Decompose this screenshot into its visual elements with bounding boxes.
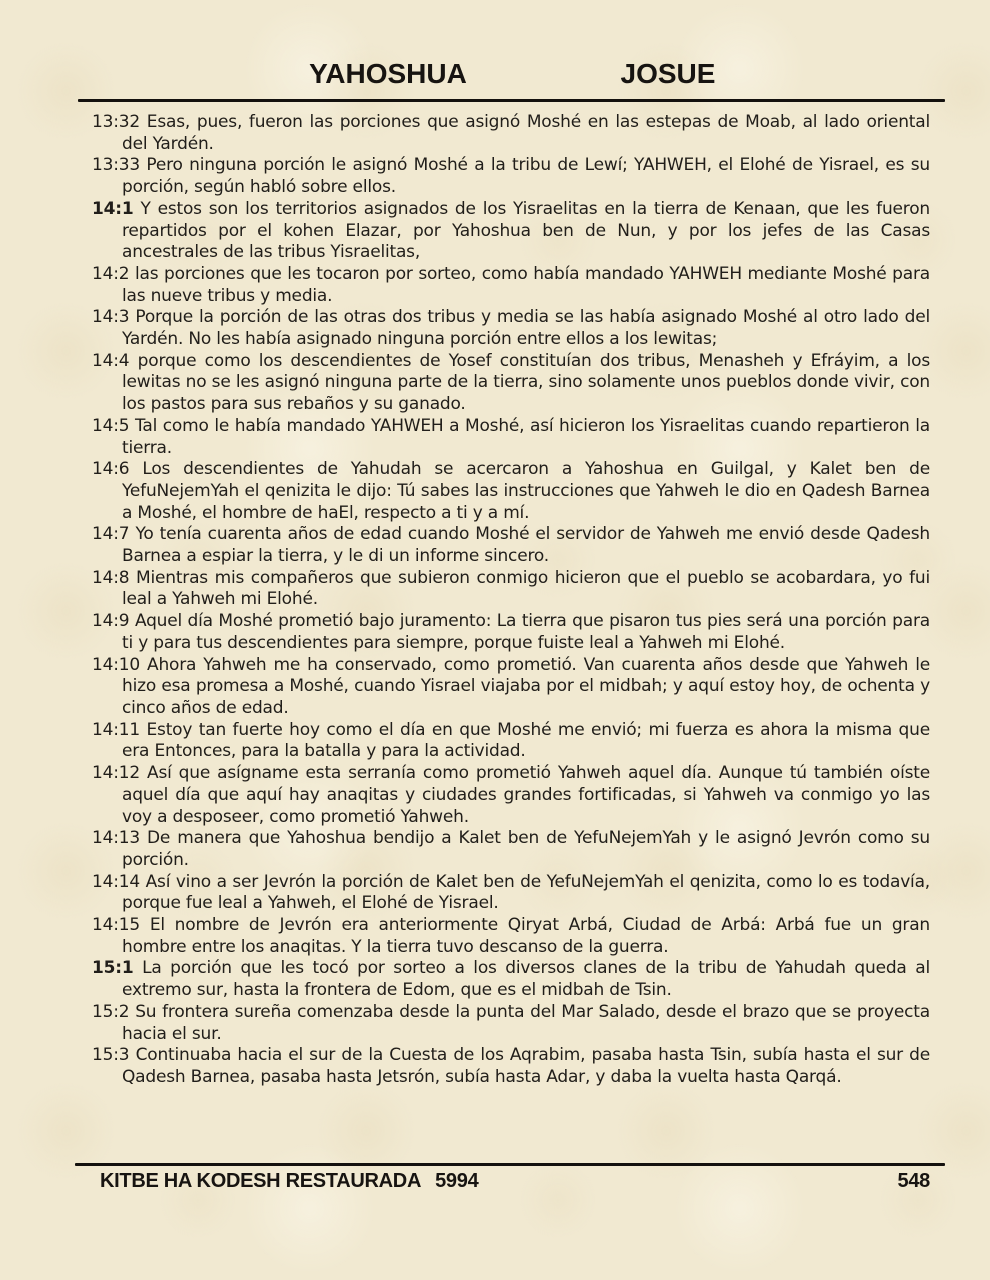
verse-13-33: 13:33 Pero ninguna porción le asignó Mos… xyxy=(92,155,930,198)
verse-text: Pero ninguna porción le asignó Moshé a l… xyxy=(122,155,930,197)
verse-text: Continuaba hacia el sur de la Cuesta de … xyxy=(122,1045,930,1087)
verse-ref: 14:1 xyxy=(92,199,133,219)
verse-ref: 14:7 xyxy=(92,524,129,544)
verse-ref: 14:11 xyxy=(92,720,140,740)
footer-rule xyxy=(75,1163,945,1166)
verse-ref: 14:12 xyxy=(92,763,140,783)
verse-text: porque como los descendientes de Yosef c… xyxy=(122,351,930,414)
verse-14-14: 14:14 Así vino a ser Jevrón la porción d… xyxy=(92,872,930,915)
running-head-hebrew-title: YAHOSHUA xyxy=(309,58,467,90)
verse-15-1: 15:1 La porción que les tocó por sorteo … xyxy=(92,958,930,1001)
verse-ref: 13:33 xyxy=(92,155,140,175)
verse-text: La porción que les tocó por sorteo a los… xyxy=(122,958,930,1000)
verse-14-5: 14:5 Tal como le había mandado YAHWEH a … xyxy=(92,416,930,459)
verse-14-13: 14:13 De manera que Yahoshua bendijo a K… xyxy=(92,828,930,871)
verse-ref: 14:9 xyxy=(92,611,129,631)
verse-13-32: 13:32 Esas, pues, fueron las porciones q… xyxy=(92,112,930,155)
verse-ref: 14:10 xyxy=(92,655,140,675)
verse-text: El nombre de Jevrón era anteriormente Qi… xyxy=(122,915,930,957)
verse-text: Su frontera sureña comenzaba desde la pu… xyxy=(122,1002,930,1044)
verse-list: 13:32 Esas, pues, fueron las porciones q… xyxy=(92,112,930,1089)
verse-text: Porque la porción de las otras dos tribu… xyxy=(122,307,930,349)
footer-title-text: KITBE HA KODESH RESTAURADA xyxy=(100,1170,421,1193)
verse-ref: 13:32 xyxy=(92,112,140,132)
verse-text: Tal como le había mandado YAHWEH a Moshé… xyxy=(122,416,930,458)
footer-book-title: KITBE HA KODESH RESTAURADA 5994 xyxy=(100,1170,478,1193)
verse-ref: 14:6 xyxy=(92,459,129,479)
verse-ref: 15:2 xyxy=(92,1002,129,1022)
scanned-book-page: YAHOSHUA JOSUE 13:32 Esas, pues, fueron … xyxy=(0,0,990,1280)
verse-text: Así vino a ser Jevrón la porción de Kale… xyxy=(122,872,930,914)
verse-14-2: 14:2 las porciones que les tocaron por s… xyxy=(92,264,930,307)
verse-ref: 14:13 xyxy=(92,828,140,848)
verse-ref: 15:1 xyxy=(92,958,133,978)
verse-14-10: 14:10 Ahora Yahweh me ha conservado, com… xyxy=(92,655,930,720)
verse-text: Y estos son los territorios asignados de… xyxy=(122,199,930,262)
verse-14-8: 14:8 Mientras mis compañeros que subiero… xyxy=(92,568,930,611)
verse-ref: 14:4 xyxy=(92,351,129,371)
verse-text: De manera que Yahoshua bendijo a Kalet b… xyxy=(122,828,930,870)
verse-ref: 14:3 xyxy=(92,307,129,327)
verse-ref: 14:5 xyxy=(92,416,129,436)
verse-14-1: 14:1 Y estos son los territorios asignad… xyxy=(92,199,930,264)
verse-text: las porciones que les tocaron por sorteo… xyxy=(122,264,930,306)
page-number: 548 xyxy=(898,1170,930,1193)
verse-15-2: 15:2 Su frontera sureña comenzaba desde … xyxy=(92,1002,930,1045)
verse-text: Ahora Yahweh me ha conservado, como prom… xyxy=(122,655,930,718)
verse-15-3: 15:3 Continuaba hacia el sur de la Cuest… xyxy=(92,1045,930,1088)
verse-ref: 14:8 xyxy=(92,568,129,588)
verse-14-9: 14:9 Aquel día Moshé prometió bajo juram… xyxy=(92,611,930,654)
verse-ref: 14:15 xyxy=(92,915,140,935)
verse-text: Aquel día Moshé prometió bajo juramento:… xyxy=(122,611,930,653)
verse-14-3: 14:3 Porque la porción de las otras dos … xyxy=(92,307,930,350)
page-footer: KITBE HA KODESH RESTAURADA 5994 548 xyxy=(100,1170,930,1193)
verse-text: Los descendientes de Yahudah se acercaro… xyxy=(122,459,930,522)
verse-text: Estoy tan fuerte hoy como el día en que … xyxy=(122,720,930,762)
verse-14-12: 14:12 Así que asígname esta serranía com… xyxy=(92,763,930,828)
footer-year: 5994 xyxy=(435,1170,478,1193)
verse-14-6: 14:6 Los descendientes de Yahudah se ace… xyxy=(92,459,930,524)
verse-14-15: 14:15 El nombre de Jevrón era anteriorme… xyxy=(92,915,930,958)
verse-text: Yo tenía cuarenta años de edad cuando Mo… xyxy=(122,524,930,566)
verse-14-4: 14:4 porque como los descendientes de Yo… xyxy=(92,351,930,416)
verse-text: Mientras mis compañeros que subieron con… xyxy=(122,568,930,610)
verse-text: Esas, pues, fueron las porciones que asi… xyxy=(122,112,930,154)
verse-14-7: 14:7 Yo tenía cuarenta años de edad cuan… xyxy=(92,524,930,567)
verse-ref: 15:3 xyxy=(92,1045,129,1065)
verse-ref: 14:2 xyxy=(92,264,129,284)
header-rule xyxy=(78,99,945,102)
verse-14-11: 14:11 Estoy tan fuerte hoy como el día e… xyxy=(92,720,930,763)
verse-text: Así que asígname esta serranía como prom… xyxy=(122,763,930,826)
verse-ref: 14:14 xyxy=(92,872,140,892)
running-head-spanish-title: JOSUE xyxy=(621,58,716,90)
